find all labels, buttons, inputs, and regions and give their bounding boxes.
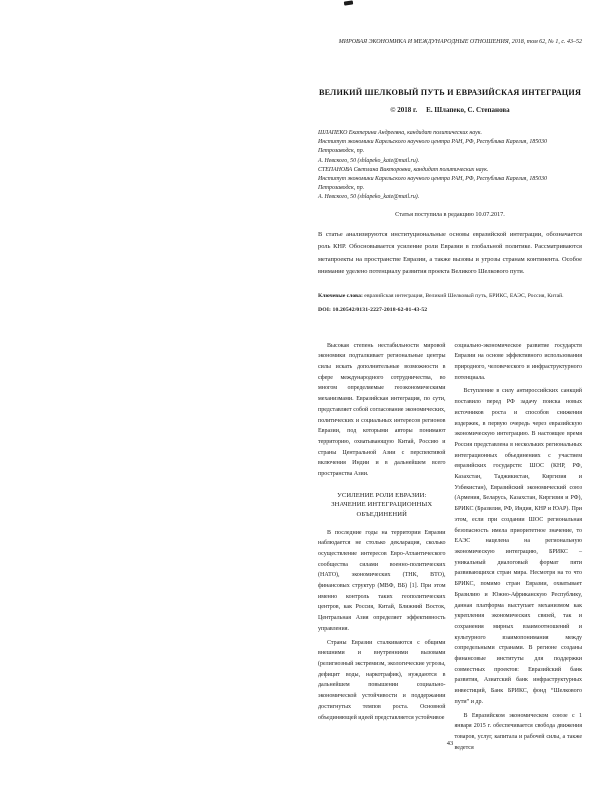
paragraph: социально-экономическое развитие государ… [455, 341, 583, 384]
paragraph: В последние годы на территории Евразии н… [318, 528, 446, 635]
keywords-label: Ключевые слова: [318, 293, 363, 299]
body-columns: Высокая степень нестабильности мировой э… [318, 341, 582, 754]
keywords-line: Ключевые слова: евразийская интеграция, … [318, 293, 582, 299]
received-date: Статья поступила в редакцию 10.07.2017. [318, 211, 582, 218]
keywords-text: евразийская интеграция, Великий Шелковый… [364, 293, 563, 299]
copyright-year: © 2018 г. [390, 106, 417, 114]
scanned-paper-page: МИРОВАЯ ЭКОНОМИКА И МЕЖДУНАРОДНЫЕ ОТНОШЕ… [0, 0, 600, 800]
article-title: ВЕЛИКИЙ ШЕЛКОВЫЙ ПУТЬ И ЕВРАЗИЙСКАЯ ИНТЕ… [318, 88, 582, 97]
abstract: В статье анализируются институциональные… [318, 229, 582, 279]
paragraph: Вступление в силу антироссийских санкций… [455, 386, 583, 707]
doi: DOI: 10.20542/0131-2227-2018-62-01-43-52 [318, 307, 582, 313]
left-column: Высокая степень нестабильности мировой э… [318, 341, 446, 754]
paragraph: Высокая степень нестабильности мировой э… [318, 341, 446, 480]
author-affiliations: ШЛАПЕКО Екатерина Андреевна, кандидат по… [318, 129, 582, 203]
byline: © 2018 г.Е. Шлапеко, С. Степанова [318, 106, 582, 114]
authors: Е. Шлапеко, С. Степанова [426, 106, 510, 114]
section-heading: УСИЛЕНИЕ РОЛИ ЕВРАЗИИ: ЗНАЧЕНИЕ ИНТЕГРАЦ… [318, 491, 446, 520]
right-column: социально-экономическое развитие государ… [455, 341, 583, 754]
paragraph: Страны Евразии сталкиваются с общими вне… [318, 638, 446, 724]
page-number: 43 [318, 740, 582, 747]
article-content: ВЕЛИКИЙ ШЕЛКОВЫЙ ПУТЬ И ЕВРАЗИЙСКАЯ ИНТЕ… [318, 0, 582, 753]
